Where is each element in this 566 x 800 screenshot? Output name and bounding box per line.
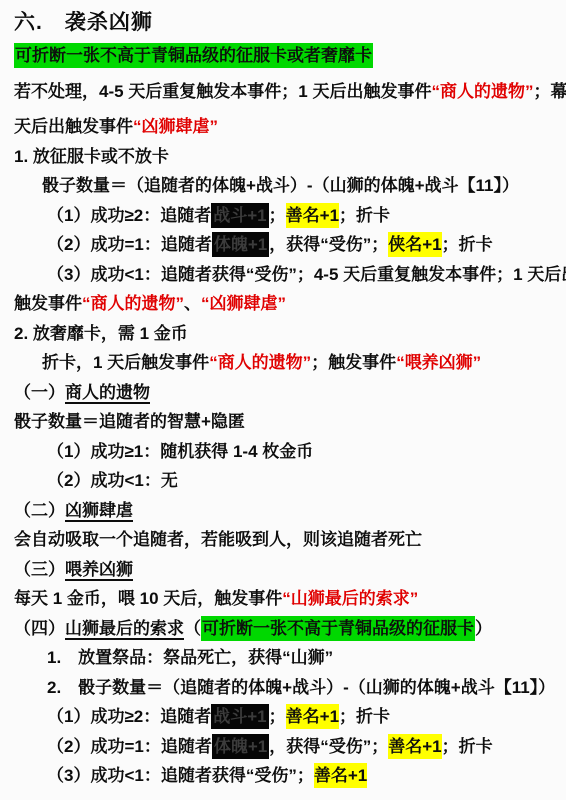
text-run: 2. 骰子数量＝（追随者的体魄+战斗）-（山狮的体魄+战斗【11】） bbox=[47, 678, 555, 697]
text-line: （1）成功≥2：追随者战斗+1；善名+1；折卡 bbox=[14, 201, 556, 231]
underlined-section-heading: 山狮最后的索求 bbox=[65, 619, 184, 638]
event-name: “山狮最后的索求” bbox=[282, 589, 418, 608]
text-line: （四）山狮最后的索求（可折断一张不高于青铜品级的征服卡） bbox=[14, 614, 556, 644]
text-run: ） bbox=[475, 619, 492, 638]
text-run: 折卡，1 天后触发事件 bbox=[42, 353, 209, 372]
text-run: ； bbox=[269, 707, 286, 726]
text-run: （3）成功<1：追随者获得“受伤”； bbox=[47, 766, 314, 785]
yellow-highlighted-text: 善名+1 bbox=[388, 734, 441, 759]
text-run: （1）成功≥1：随机获得 1-4 枚金币 bbox=[47, 442, 313, 461]
text-run: （一） bbox=[14, 383, 65, 402]
text-line: 折卡，1 天后触发事件“商人的遗物”；触发事件“喂养凶狮” bbox=[14, 348, 556, 378]
text-run: 会自动吸取一个追随者，若能吸到人，则该追随者死亡 bbox=[14, 530, 422, 549]
text-line: 1. 放征服卡或不放卡 bbox=[14, 142, 556, 172]
text-line: （二）凶狮肆虐 bbox=[14, 496, 556, 526]
green-highlighted-text: 可折断一张不高于青铜品级的征服卡或者奢靡卡 bbox=[14, 43, 373, 68]
text-run: ； bbox=[269, 206, 286, 225]
text-run: （1）成功≥2：追随者 bbox=[47, 707, 211, 726]
text-line: 会自动吸取一个追随者，若能吸到人，则该追随者死亡 bbox=[14, 525, 556, 555]
text-run: ，获得“受伤”； bbox=[269, 737, 388, 756]
text-run: 每天 1 金币，喂 10 天后，触发事件 bbox=[14, 589, 282, 608]
yellow-highlighted-text: 善名+1 bbox=[286, 203, 339, 228]
page-title: 六. 袭杀凶狮 bbox=[14, 6, 556, 39]
text-line: 骰子数量＝（追随者的体魄+战斗）-（山狮的体魄+战斗【11】） bbox=[14, 171, 556, 201]
text-line: （1）成功≥2：追随者战斗+1；善名+1；折卡 bbox=[14, 702, 556, 732]
text-line: 2. 放奢靡卡，需 1 金币 bbox=[14, 319, 556, 349]
text-run: ；折卡 bbox=[442, 235, 493, 254]
text-run: 、 bbox=[184, 294, 201, 313]
text-run: （ bbox=[184, 619, 201, 638]
text-run: ；折卡 bbox=[442, 737, 493, 756]
text-run: 骰子数量＝追随者的智慧+隐匿 bbox=[14, 412, 245, 431]
text-line: 若不处理，4-5 天后重复触发本事件；1 天后出触发事件“商人的遗物”；幕 1 bbox=[14, 77, 556, 107]
text-run: （四） bbox=[14, 619, 65, 638]
text-line: （3）成功<1：追随者获得“受伤”；善名+1 bbox=[14, 761, 556, 791]
text-run: 若不处理，4-5 天后重复触发本事件；1 天后出触发事件 bbox=[14, 82, 431, 101]
text-run: ；触发事件 bbox=[311, 353, 396, 372]
text-run: 天后出触发事件 bbox=[14, 117, 133, 136]
underlined-section-heading: 商人的遗物 bbox=[65, 383, 150, 402]
text-run: 骰子数量＝（追随者的体魄+战斗）-（山狮的体魄+战斗【11】） bbox=[42, 176, 519, 195]
text-line: 2. 骰子数量＝（追随者的体魄+战斗）-（山狮的体魄+战斗【11】） bbox=[14, 673, 556, 703]
underlined-section-heading: 凶狮肆虐 bbox=[65, 501, 133, 520]
event-name: “喂养凶狮” bbox=[396, 353, 481, 372]
text-line: （2）成功<1：无 bbox=[14, 466, 556, 496]
event-name: “凶狮肆虐” bbox=[133, 117, 218, 136]
text-run: 1. 放置祭品：祭品死亡，获得“山狮” bbox=[47, 648, 333, 667]
text-run: （三） bbox=[14, 560, 65, 579]
text-line: 1. 放置祭品：祭品死亡，获得“山狮” bbox=[14, 643, 556, 673]
text-run: 六. 袭杀凶狮 bbox=[14, 11, 153, 34]
redacted-text: 战斗+1 bbox=[211, 203, 268, 228]
text-run: 触发事件 bbox=[14, 294, 82, 313]
event-name: “商人的遗物” bbox=[82, 294, 184, 313]
redacted-text: 体魄+1 bbox=[212, 232, 269, 257]
text-run: （二） bbox=[14, 501, 65, 520]
text-run: ；折卡 bbox=[339, 707, 390, 726]
yellow-highlighted-text: 善名+1 bbox=[314, 763, 367, 788]
redacted-text: 体魄+1 bbox=[212, 734, 269, 759]
text-line: 触发事件“商人的遗物”、“凶狮肆虐” bbox=[14, 289, 556, 319]
event-name: “商人的遗物” bbox=[209, 353, 311, 372]
text-line: 骰子数量＝追随者的智慧+隐匿 bbox=[14, 407, 556, 437]
text-run: ；幕 1 bbox=[533, 82, 566, 101]
text-line: （一）商人的遗物 bbox=[14, 378, 556, 408]
text-run: ；折卡 bbox=[339, 206, 390, 225]
yellow-highlighted-text: 善名+1 bbox=[286, 704, 339, 729]
text-line: （三）喂养凶狮 bbox=[14, 555, 556, 585]
text-line: （2）成功=1：追随者体魄+1，获得“受伤”；善名+1；折卡 bbox=[14, 732, 556, 762]
text-line: （1）成功≥1：随机获得 1-4 枚金币 bbox=[14, 437, 556, 467]
yellow-highlighted-text: 侠名+1 bbox=[388, 232, 441, 257]
text-line: 可折断一张不高于青铜品级的征服卡或者奢靡卡 bbox=[14, 41, 556, 71]
text-run: （1）成功≥2：追随者 bbox=[47, 206, 211, 225]
text-line: （3）成功<1：追随者获得“受伤”；4-5 天后重复触发本事件；1 天后出 bbox=[14, 260, 556, 290]
text-run: （2）成功<1：无 bbox=[47, 471, 178, 490]
event-name: “商人的遗物” bbox=[431, 82, 533, 101]
text-run: （2）成功=1：追随者 bbox=[47, 235, 212, 254]
text-run: （3）成功<1：追随者获得“受伤”；4-5 天后重复触发本事件；1 天后出 bbox=[47, 265, 566, 284]
underlined-section-heading: 喂养凶狮 bbox=[65, 560, 133, 579]
document-page: 六. 袭杀凶狮可折断一张不高于青铜品级的征服卡或者奢靡卡若不处理，4-5 天后重… bbox=[0, 0, 566, 800]
text-run: （2）成功=1：追随者 bbox=[47, 737, 212, 756]
text-line: （2）成功=1：追随者体魄+1，获得“受伤”；侠名+1；折卡 bbox=[14, 230, 556, 260]
text-run: ，获得“受伤”； bbox=[269, 235, 388, 254]
redacted-text: 战斗+1 bbox=[211, 704, 268, 729]
text-line: 每天 1 金币，喂 10 天后，触发事件“山狮最后的索求” bbox=[14, 584, 556, 614]
text-line: 天后出触发事件“凶狮肆虐” bbox=[14, 112, 556, 142]
event-name: “凶狮肆虐” bbox=[201, 294, 286, 313]
text-run: 1. 放征服卡或不放卡 bbox=[14, 147, 169, 166]
green-highlighted-text: 可折断一张不高于青铜品级的征服卡 bbox=[201, 616, 475, 641]
text-run: 2. 放奢靡卡，需 1 金币 bbox=[14, 324, 188, 343]
